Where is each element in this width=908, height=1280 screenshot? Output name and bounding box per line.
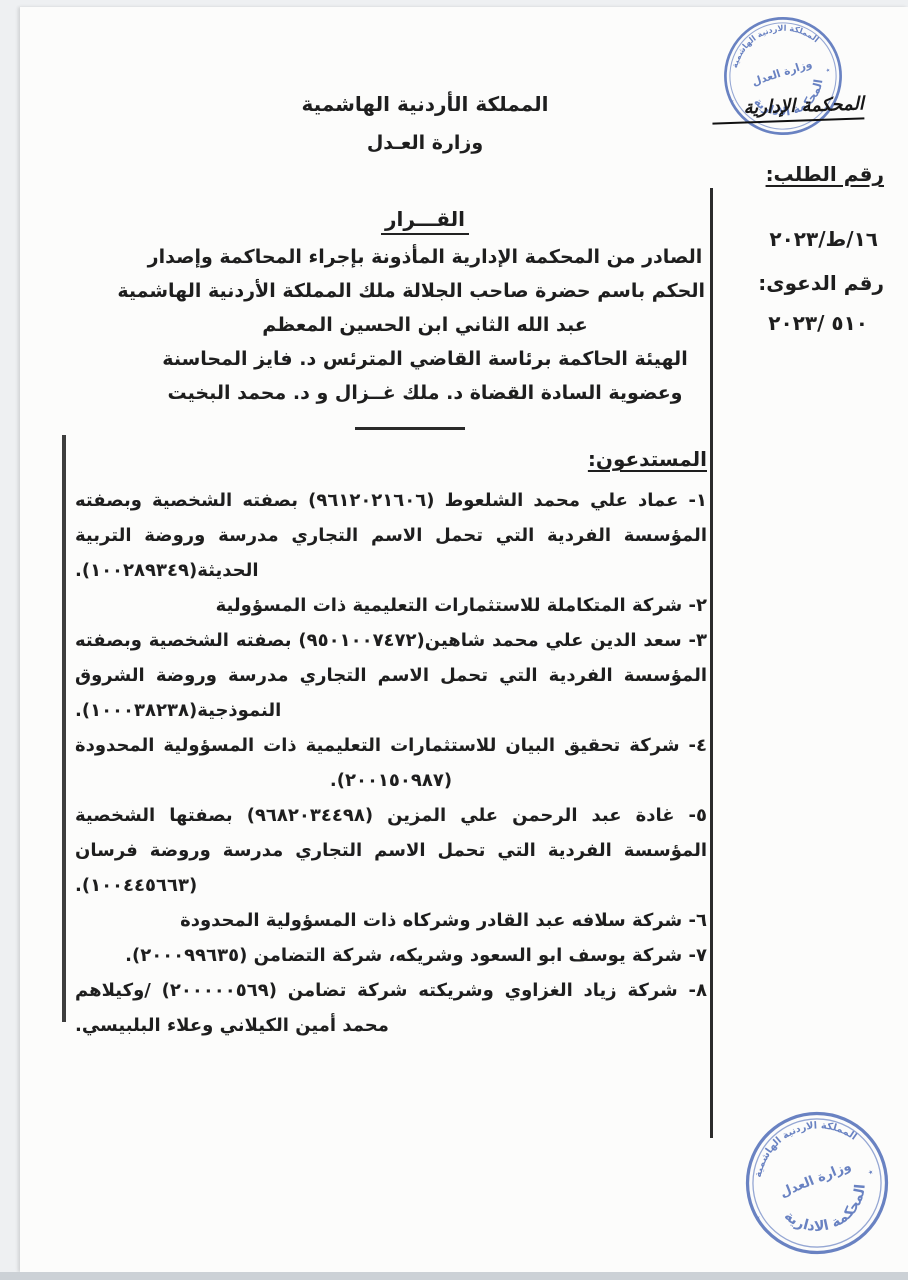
request-number-value: ١٦/ط/٢٠٢٣ <box>769 227 878 251</box>
ministry-stamp-top: المملكة الاردنية الهاشمية وزارة العدل ال… <box>704 0 863 155</box>
ministry-stamp-bottom: المملكة الاردنية الهاشمية وزارة العدل ال… <box>718 1084 908 1280</box>
applicants-heading: المستدعون: <box>75 447 707 483</box>
applicant-line: ٤- شركة تحقيق البيان للاستثمارات التعليم… <box>75 728 707 763</box>
applicant-line: المؤسسة الفردية التي تحمل الاسم التجاري … <box>75 658 707 693</box>
applicant-line: (٢٠٠١٥٠٩٨٧). <box>75 763 707 798</box>
scan-left-edge-line <box>62 435 66 1022</box>
applicants-section: المستدعون: ١- عماد علي محمد الشلعوط (٩٦١… <box>75 447 707 1043</box>
request-number-label: رقم الطلب: <box>766 162 884 186</box>
decision-block: القـــرار الصادر من المحكمة الإدارية الم… <box>145 207 705 410</box>
applicant-line: المؤسسة الفردية التي تحمل الاسم التجاري … <box>75 518 707 553</box>
decision-line: وعضوية السادة القضاة د. ملك غــزال و د. … <box>145 376 705 410</box>
decision-line: الحكم باسم حضرة صاحب الجلالة ملك المملكة… <box>145 274 705 308</box>
applicant-line: النموذجية(١٠٠٠٣٨٢٣٨). <box>75 693 707 728</box>
kingdom-title: المملكة الأردنية الهاشمية <box>145 92 705 116</box>
court-name-handwritten: المحكمة الإدارية <box>712 93 865 124</box>
case-number-value: ٥١٠ /٢٠٢٣ <box>768 311 868 335</box>
document-header: المملكة الأردنية الهاشمية وزارة العـدل <box>145 92 705 154</box>
applicant-line: ٥- غادة عبد الرحمن علي المزين (٩٦٨٢٠٣٤٤٩… <box>75 798 707 833</box>
stamp-center-text: وزارة العدل <box>750 57 813 89</box>
applicant-line: ٨- شركة زياد الغزاوي وشريكته شركة تضامن … <box>75 973 707 1008</box>
applicant-line: ١- عماد علي محمد الشلعوط (٩٦١٢٠٢١٦٠٦) بص… <box>75 483 707 518</box>
stamp-star-icon: ٭ <box>824 64 832 75</box>
decision-line: الهيئة الحاكمة برئاسة القاضي المترئس د. … <box>145 342 705 376</box>
scan-bottom-edge <box>0 1272 908 1280</box>
decision-title: القـــرار <box>381 207 469 235</box>
applicant-line: ٦- شركة سلافه عبد القادر وشركاه ذات المس… <box>75 903 707 938</box>
decision-line: عبد الله الثاني ابن الحسين المعظم <box>145 308 705 342</box>
stamp-center-text: وزارة العدل <box>778 1159 853 1201</box>
applicant-line: الحديثة(١٠٠٢٨٩٣٤٩). <box>75 553 707 588</box>
applicant-line: ٧- شركة يوسف ابو السعود وشريكه، شركة الت… <box>75 938 707 973</box>
document-page: المملكة الاردنية الهاشمية وزارة العدل ال… <box>20 7 908 1272</box>
stamp-star-icon: ٭ <box>866 1167 875 1179</box>
applicant-line: (١٠٠٤٤٥٦٦٣). <box>75 868 707 903</box>
vertical-divider <box>710 188 713 1138</box>
applicant-line: ٣- سعد الدين علي محمد شاهين(٩٥٠١٠٠٧٤٧٢) … <box>75 623 707 658</box>
applicant-line: ٢- شركة المتكاملة للاستثمارات التعليمية … <box>75 588 707 623</box>
applicant-line: محمد أمين الكيلاني وعلاء البلبيسي. <box>75 1008 707 1043</box>
applicant-line: المؤسسة الفردية التي تحمل الاسم التجاري … <box>75 833 707 868</box>
decision-line: الصادر من المحكمة الإدارية المأذونة بإجر… <box>145 240 705 274</box>
scanned-court-document: { "colors":{"stamp_blue":"#4a68b6","ink"… <box>0 0 908 1280</box>
ministry-title: وزارة العـدل <box>145 132 705 154</box>
section-separator-line <box>355 427 465 430</box>
case-number-label: رقم الدعوى: <box>758 271 884 295</box>
applicants-list: ١- عماد علي محمد الشلعوط (٩٦١٢٠٢١٦٠٦) بص… <box>75 483 707 1043</box>
